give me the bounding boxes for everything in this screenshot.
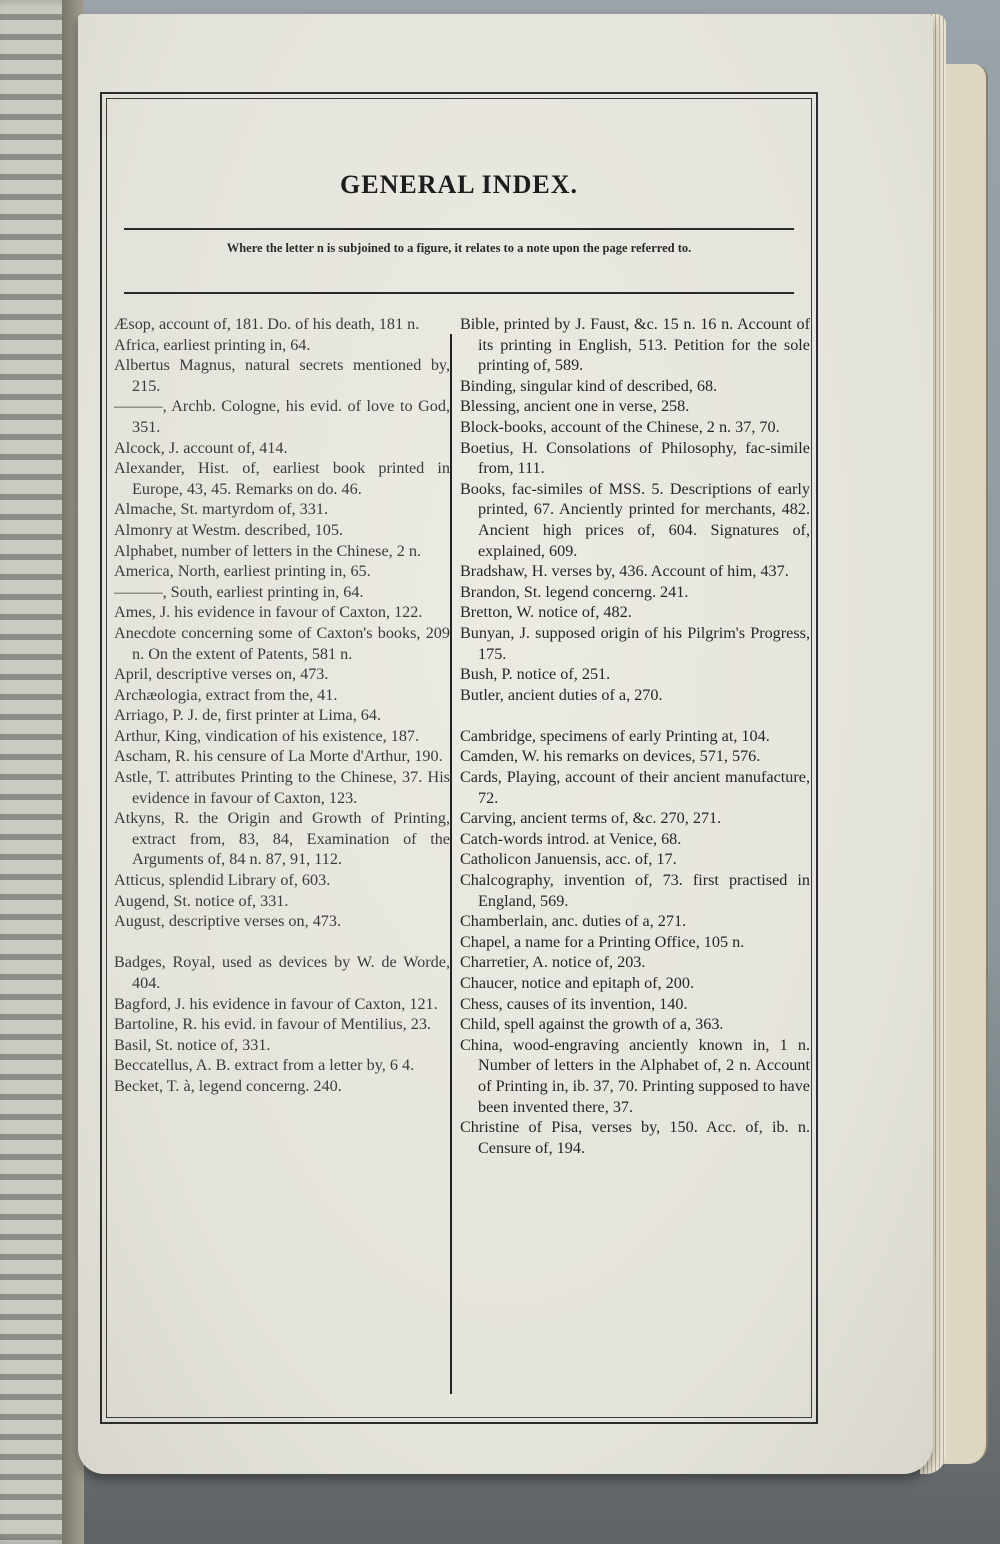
index-entry: Chalcography, invention of, 73. first pr… [460, 870, 810, 911]
index-entry: Arriago, P. J. de, first printer at Lima… [114, 705, 450, 726]
index-entry: Astle, T. attributes Printing to the Chi… [114, 767, 450, 808]
index-entry: Chaucer, notice and epitaph of, 200. [460, 973, 810, 994]
index-entry: Christine of Pisa, verses by, 150. Acc. … [460, 1117, 810, 1158]
index-entry: Camden, W. his remarks on devices, 571, … [460, 746, 810, 767]
index-entry: Bible, printed by J. Faust, &c. 15 n. 16… [460, 314, 810, 376]
index-entry: ———, South, earliest printing in, 64. [114, 582, 450, 603]
index-entry: Butler, ancient duties of a, 270. [460, 685, 810, 706]
index-entry: Arthur, King, vindication of his existen… [114, 726, 450, 747]
index-entry: Atkyns, R. the Origin and Growth of Prin… [114, 808, 450, 870]
index-entry: China, wood-engraving anciently known in… [460, 1035, 810, 1117]
index-entry: Blessing, ancient one in verse, 258. [460, 396, 810, 417]
index-entry: Bush, P. notice of, 251. [460, 664, 810, 685]
index-entry: Alphabet, number of letters in the Chine… [114, 541, 450, 562]
index-entry: Almonry at Westm. described, 105. [114, 520, 450, 541]
index-entry: Bunyan, J. supposed origin of his Pilgri… [460, 623, 810, 664]
index-entry: Alexander, Hist. of, earliest book print… [114, 458, 450, 499]
index-entry: Bagford, J. his evidence in favour of Ca… [114, 994, 450, 1015]
index-entry: Ascham, R. his censure of La Morte d'Art… [114, 746, 450, 767]
index-entry: America, North, earliest printing in, 65… [114, 561, 450, 582]
index-entry: Africa, earliest printing in, 64. [114, 335, 450, 356]
index-entry: Bartoline, R. his evid. in favour of Men… [114, 1014, 450, 1035]
index-entry: Becket, T. à, legend concerng. 240. [114, 1076, 450, 1097]
index-entry: Basil, St. notice of, 331. [114, 1035, 450, 1056]
index-entry: Boetius, H. Consolations of Philosophy, … [460, 438, 810, 479]
index-entry: Cambridge, specimens of early Printing a… [460, 726, 810, 747]
index-entry: Bradshaw, H. verses by, 436. Account of … [460, 561, 810, 582]
index-entry: Charretier, A. notice of, 203. [460, 952, 810, 973]
page-title: GENERAL INDEX. [102, 170, 816, 200]
index-entry: Brandon, St. legend concerng. 241. [460, 582, 810, 603]
index-entry: Beccatellus, A. B. extract from a letter… [114, 1055, 450, 1076]
index-note: Where the letter n is subjoined to a fig… [142, 240, 776, 257]
index-entry: Alcock, J. account of, 414. [114, 438, 450, 459]
index-entry: Binding, singular kind of described, 68. [460, 376, 810, 397]
index-entry: Æsop, account of, 181. Do. of his death,… [114, 314, 450, 335]
index-entry: Child, spell against the growth of a, 36… [460, 1014, 810, 1035]
index-entry: Catholicon Januensis, acc. of, 17. [460, 849, 810, 870]
index-frame: GENERAL INDEX. Where the letter n is sub… [100, 92, 818, 1424]
index-entry: Chamberlain, anc. duties of a, 271. [460, 911, 810, 932]
index-entry: Carving, ancient terms of, &c. 270, 271. [460, 808, 810, 829]
section-gap [114, 932, 450, 953]
index-column-right: Bible, printed by J. Faust, &c. 15 n. 16… [460, 314, 810, 1158]
index-entry: August, descriptive verses on, 473. [114, 911, 450, 932]
index-entry: Albertus Magnus, natural secrets mention… [114, 355, 450, 396]
index-entry: Chess, causes of its invention, 140. [460, 994, 810, 1015]
index-entry: Ames, J. his evidence in favour of Caxto… [114, 602, 450, 623]
index-entry: ———, Archb. Cologne, his evid. of love t… [114, 396, 450, 437]
index-entry: Badges, Royal, used as devices by W. de … [114, 952, 450, 993]
index-entry: Archæologia, extract from the, 41. [114, 685, 450, 706]
index-column-left: Æsop, account of, 181. Do. of his death,… [114, 314, 450, 1097]
index-entry: Cards, Playing, account of their ancient… [460, 767, 810, 808]
back-cover-edge [940, 64, 988, 1464]
index-entry: Augend, St. notice of, 331. [114, 891, 450, 912]
index-entry: Atticus, splendid Library of, 603. [114, 870, 450, 891]
index-entry: Anecdote concerning some of Caxton's boo… [114, 623, 450, 664]
index-entry: April, descriptive verses on, 473. [114, 664, 450, 685]
index-entry: Books, fac-similes of MSS. 5. Descriptio… [460, 479, 810, 561]
index-entry: Bretton, W. notice of, 482. [460, 602, 810, 623]
column-divider [450, 334, 452, 1394]
index-entry: Block-books, account of the Chinese, 2 n… [460, 417, 810, 438]
section-gap [460, 705, 810, 726]
index-entry: Catch-words introd. at Venice, 68. [460, 829, 810, 850]
index-entry: Almache, St. martyrdom of, 331. [114, 499, 450, 520]
note-rule [124, 292, 794, 294]
top-rule [124, 228, 794, 230]
index-entry: Chapel, a name for a Printing Office, 10… [460, 932, 810, 953]
